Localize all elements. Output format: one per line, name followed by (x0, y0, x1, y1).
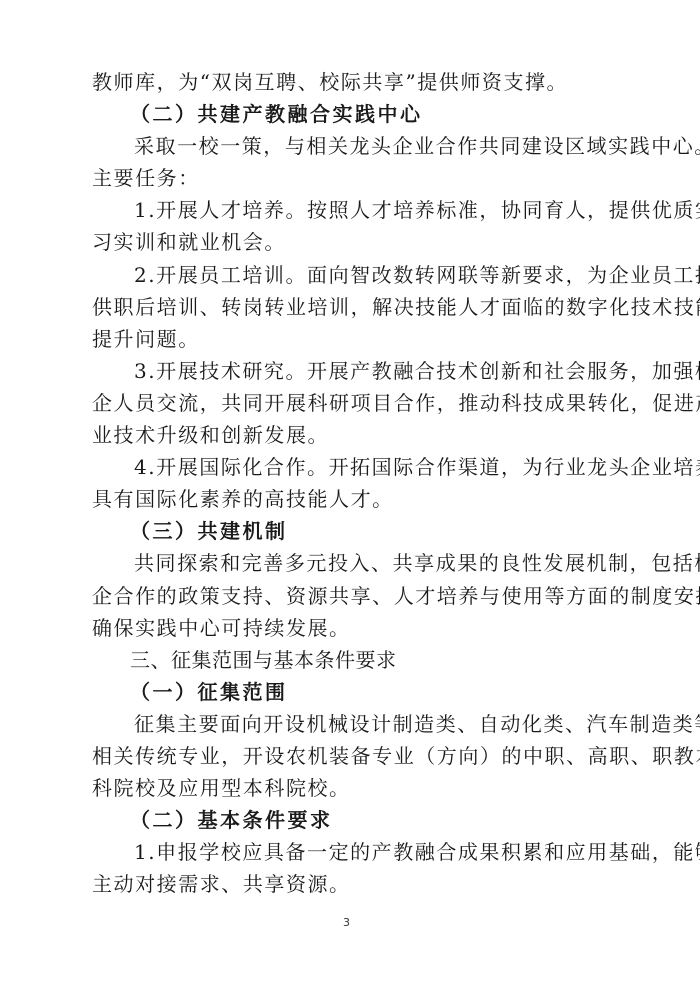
page-number: 3 (343, 916, 350, 929)
body-line: 征集主要面向开设机械设计制造类、自动化类、汽车制造类等 (92, 708, 610, 740)
task-item-3: 3.开展技术研究。开展产教融合技术创新和社会服务，加强校 (92, 355, 610, 387)
body-line: 供职后培训、转岗转业培训，解决技能人才面临的数字化技术技能 (92, 291, 610, 323)
document-page: 教师库，为“双岗互聘、校际共享”提供师资支撑。 （二）共建产教融合实践中心 采取… (0, 0, 700, 989)
subsection-heading-basic-requirements: （二）基本条件要求 (92, 804, 610, 836)
body-line: 科院校及应用型本科院校。 (92, 772, 610, 804)
body-line: 企人员交流，共同开展科研项目合作，推动科技成果转化，促进产 (92, 387, 610, 419)
body-line: 主要任务： (92, 162, 610, 194)
body-line: 相关传统专业，开设农机装备专业（方向）的中职、高职、职教本 (92, 740, 610, 772)
subsection-heading-practice-center: （二）共建产教融合实践中心 (92, 98, 610, 130)
subsection-heading-mechanism: （三）共建机制 (92, 515, 610, 547)
requirement-item-1: 1.申报学校应具备一定的产教融合成果积累和应用基础，能够 (92, 836, 610, 868)
task-item-2: 2.开展员工培训。面向智改数转网联等新要求，为企业员工提 (92, 259, 610, 291)
body-line: 习实训和就业机会。 (92, 226, 610, 258)
body-line: 提升问题。 (92, 323, 610, 355)
body-line: 具有国际化素养的高技能人才。 (92, 483, 610, 515)
page-content: 教师库，为“双岗互聘、校际共享”提供师资支撑。 （二）共建产教融合实践中心 采取… (92, 66, 610, 900)
body-line: 共同探索和完善多元投入、共享成果的良性发展机制，包括校 (92, 547, 610, 579)
body-line: 采取一校一策，与相关龙头企业合作共同建设区域实践中心。 (92, 130, 610, 162)
body-line: 主动对接需求、共享资源。 (92, 868, 610, 900)
section-heading-scope-requirements: 三、征集范围与基本条件要求 (92, 644, 610, 676)
task-item-4: 4.开展国际化合作。开拓国际合作渠道，为行业龙头企业培养 (92, 451, 610, 483)
body-line: 企合作的政策支持、资源共享、人才培养与使用等方面的制度安排， (92, 580, 610, 612)
task-item-1: 1.开展人才培养。按照人才培养标准，协同育人，提供优质实 (92, 194, 610, 226)
subsection-heading-scope: （一）征集范围 (92, 676, 610, 708)
body-line: 业技术升级和创新发展。 (92, 419, 610, 451)
body-line: 教师库，为“双岗互聘、校际共享”提供师资支撑。 (92, 66, 610, 98)
body-line: 确保实践中心可持续发展。 (92, 612, 610, 644)
